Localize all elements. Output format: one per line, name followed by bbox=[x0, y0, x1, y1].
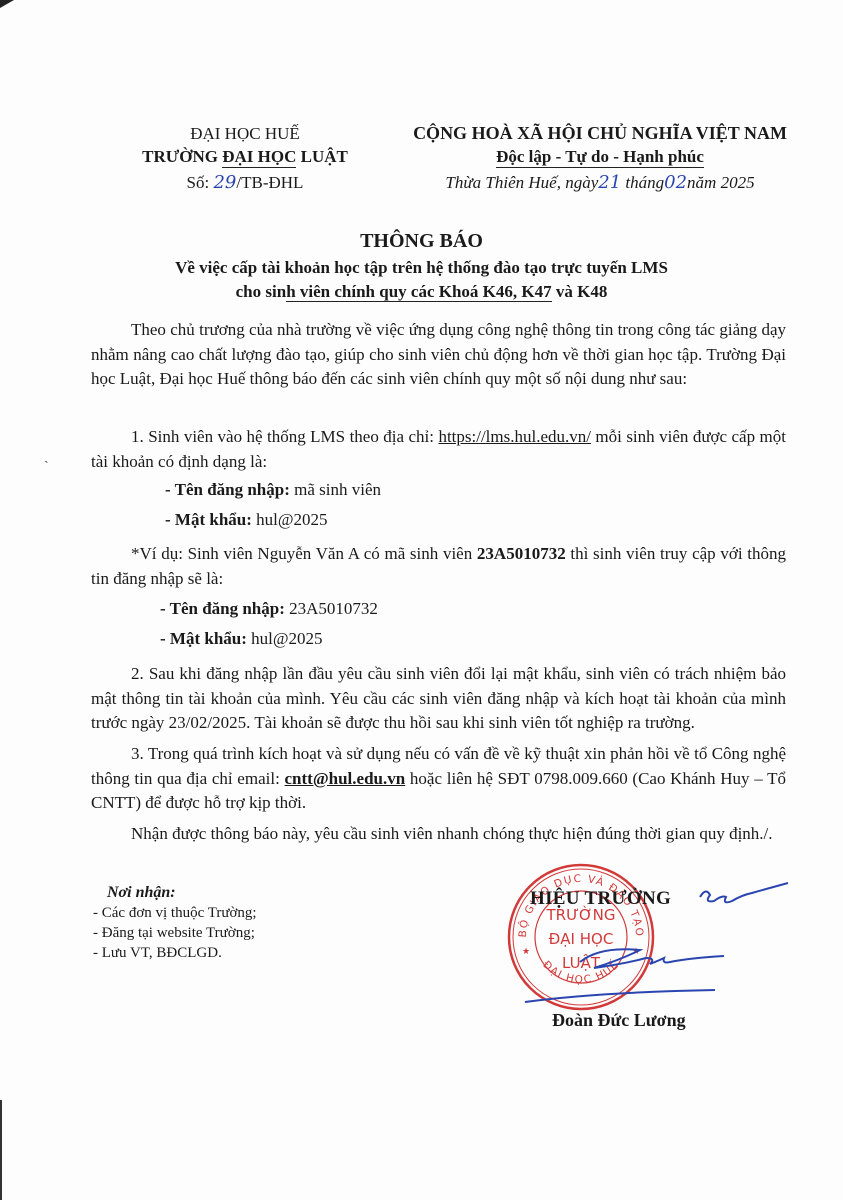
parent-university: ĐẠI HỌC HUẾ bbox=[100, 122, 390, 145]
place-date: Thừa Thiên Huế, ngày21 tháng02năm 2025 bbox=[395, 171, 805, 194]
motto-text: Độc lập - Tự do - Hạnh phúc bbox=[496, 147, 704, 168]
motto: Độc lập - Tự do - Hạnh phúc bbox=[395, 145, 805, 168]
recipient-item: - Lưu VT, BĐCLGD. bbox=[93, 943, 257, 963]
scan-mark: ˎ bbox=[44, 449, 49, 465]
country-name: CỘNG HOÀ XÃ HỘI CHỦ NGHĨA VIỆT NAM bbox=[395, 122, 805, 145]
username-value: mã sinh viên bbox=[290, 480, 381, 499]
example-password-label: - Mật khẩu: bbox=[160, 629, 247, 648]
closing-paragraph: Nhận được thông báo này, yêu cầu sinh vi… bbox=[91, 822, 786, 847]
year-label: năm 2025 bbox=[687, 173, 755, 192]
format-username: - Tên đăng nhập: mã sinh viên bbox=[165, 478, 381, 502]
document-number: Số: 29/TB-ĐHL bbox=[100, 171, 390, 194]
handwritten-day: 21 bbox=[598, 172, 621, 193]
document-subtitle-line2: cho sinh viên chính quy các Khoá K46, K4… bbox=[0, 282, 843, 302]
recipients-heading: Nơi nhận: bbox=[107, 883, 257, 903]
item-3-paragraph: 3. Trong quá trình kích hoạt và sử dụng … bbox=[91, 742, 786, 816]
scan-edge-shadow bbox=[0, 1100, 2, 1200]
scan-corner-shadow bbox=[0, 0, 14, 8]
example-password: - Mật khẩu: hul@2025 bbox=[160, 627, 323, 651]
example-password-value: hul@2025 bbox=[247, 629, 323, 648]
lms-url-link[interactable]: https://lms.hul.edu.vn/ bbox=[438, 427, 591, 446]
school-name: TRƯỜNG ĐẠI HỌC LUẬT bbox=[100, 145, 390, 168]
intro-paragraph: Theo chủ trương của nhà trường về việc ứ… bbox=[91, 318, 786, 392]
school-name-prefix: TRƯỜNG bbox=[142, 147, 222, 166]
school-name-suffix: LUẬT bbox=[296, 147, 347, 166]
username-label: - Tên đăng nhập: bbox=[165, 480, 290, 499]
subtitle-prefix: cho sin bbox=[236, 282, 287, 301]
recipient-item: - Các đơn vị thuộc Trường; bbox=[93, 903, 257, 923]
recipient-item: - Đăng tại website Trường; bbox=[93, 923, 257, 943]
format-password: - Mật khẩu: hul@2025 bbox=[165, 508, 328, 532]
item-1-prefix: 1. Sinh viên vào hệ thống LMS theo địa c… bbox=[131, 427, 438, 446]
subtitle-underlined: h viên chính quy các Khoá K46, K47 bbox=[286, 282, 551, 302]
place-prefix: Thừa Thiên Huế, ngày bbox=[445, 173, 598, 192]
document-title: THÔNG BÁO bbox=[0, 230, 843, 253]
example-prefix: *Ví dụ: Sinh viên Nguyễn Văn A có mã sin… bbox=[131, 544, 477, 563]
number-label: Số: bbox=[187, 173, 214, 192]
password-value: hul@2025 bbox=[252, 510, 328, 529]
handwritten-number: 29 bbox=[213, 172, 236, 193]
example-username-label: - Tên đăng nhập: bbox=[160, 599, 285, 618]
issuer-block: ĐẠI HỌC HUẾ TRƯỜNG ĐẠI HỌC LUẬT Số: 29/T… bbox=[100, 122, 390, 194]
recipients-block: Nơi nhận: - Các đơn vị thuộc Trường; - Đ… bbox=[93, 883, 257, 963]
example-username: - Tên đăng nhập: 23A5010732 bbox=[160, 597, 378, 621]
example-username-value: 23A5010732 bbox=[285, 599, 378, 618]
national-header: CỘNG HOÀ XÃ HỘI CHỦ NGHĨA VIỆT NAM Độc l… bbox=[395, 122, 805, 194]
document-subtitle-line1: Về việc cấp tài khoản học tập trên hệ th… bbox=[0, 258, 843, 278]
example-paragraph: *Ví dụ: Sinh viên Nguyễn Văn A có mã sin… bbox=[91, 542, 786, 591]
month-label: tháng bbox=[621, 173, 664, 192]
number-suffix: /TB-ĐHL bbox=[236, 173, 303, 192]
subtitle-suffix: và K48 bbox=[552, 282, 608, 301]
password-label: - Mật khẩu: bbox=[165, 510, 252, 529]
support-email-link[interactable]: cntt@hul.edu.vn bbox=[285, 769, 406, 788]
school-name-underlined: ĐẠI HỌC bbox=[222, 147, 296, 168]
example-student-id: 23A5010732 bbox=[477, 544, 566, 563]
handwritten-month: 02 bbox=[664, 172, 687, 193]
item-1-paragraph: 1. Sinh viên vào hệ thống LMS theo địa c… bbox=[91, 425, 786, 474]
item-2-paragraph: 2. Sau khi đăng nhập lần đầu yêu cầu sin… bbox=[91, 662, 786, 736]
signer-name: Đoàn Đức Lương bbox=[552, 1010, 686, 1031]
